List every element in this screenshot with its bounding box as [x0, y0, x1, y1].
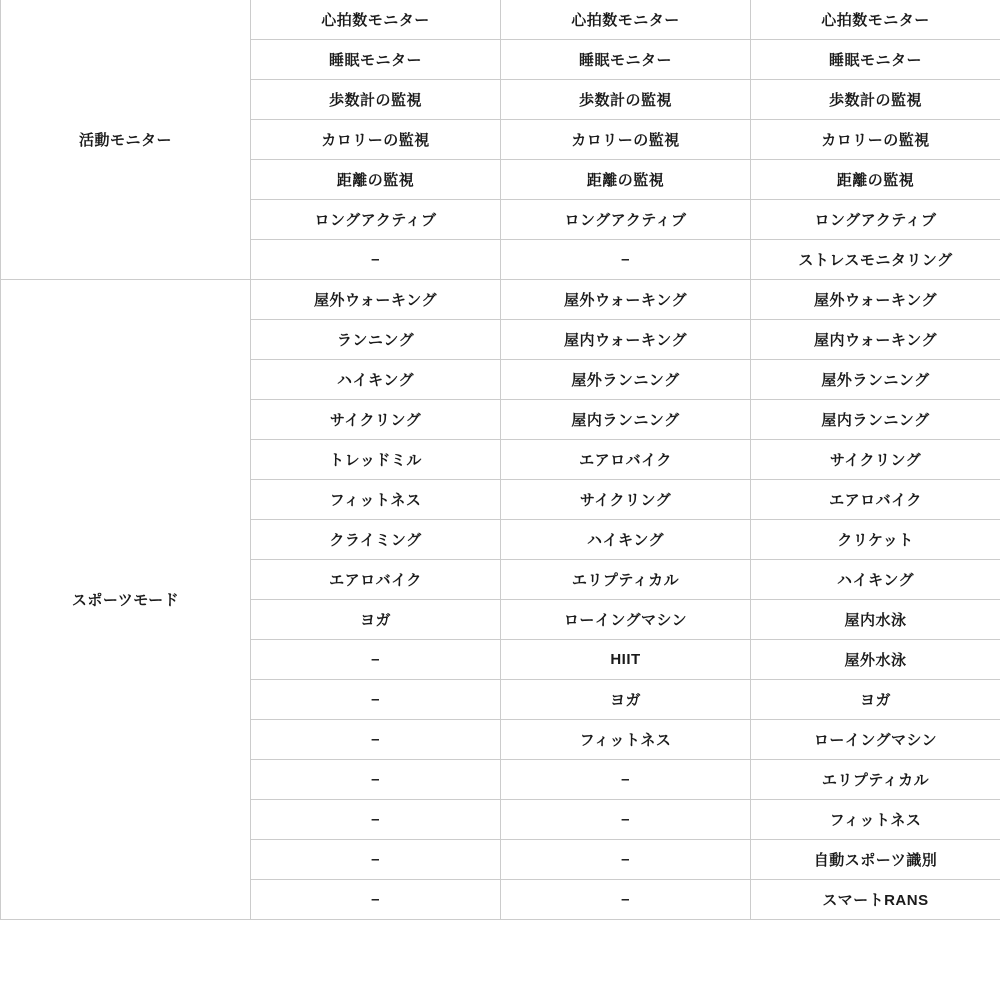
feature-cell: フィットネス [751, 800, 1000, 840]
feature-cell: 歩数計の監視 [501, 80, 751, 120]
feature-cell: – [501, 800, 751, 840]
feature-cell: – [501, 840, 751, 880]
feature-cell: 屋内ランニング [501, 400, 751, 440]
feature-cell: ロングアクティブ [501, 200, 751, 240]
feature-cell: 屋内ウォーキング [751, 320, 1000, 360]
feature-cell: 睡眠モニター [751, 40, 1000, 80]
feature-cell: クリケット [751, 520, 1000, 560]
feature-cell: 距離の監視 [501, 160, 751, 200]
feature-cell: 屋外ウォーキング [251, 280, 501, 320]
feature-cell: 屋内ランニング [751, 400, 1000, 440]
feature-cell: – [251, 240, 501, 280]
feature-cell: 心拍数モニター [751, 0, 1000, 40]
feature-cell: カロリーの監視 [501, 120, 751, 160]
section-label: 活動モニター [1, 0, 251, 280]
feature-cell: ヨガ [251, 600, 501, 640]
feature-cell: – [501, 880, 751, 920]
feature-cell: 屋内水泳 [751, 600, 1000, 640]
feature-cell: サイクリング [751, 440, 1000, 480]
feature-cell: サイクリング [251, 400, 501, 440]
feature-cell: ヨガ [751, 680, 1000, 720]
feature-cell: – [251, 720, 501, 760]
feature-cell: エリプティカル [501, 560, 751, 600]
feature-cell: 心拍数モニター [251, 0, 501, 40]
feature-cell: ロングアクティブ [751, 200, 1000, 240]
feature-cell: – [251, 640, 501, 680]
feature-cell: 距離の監視 [751, 160, 1000, 200]
comparison-table-body: 活動モニター心拍数モニター心拍数モニター心拍数モニター睡眠モニター睡眠モニター睡… [1, 0, 1000, 920]
feature-cell: 歩数計の監視 [751, 80, 1000, 120]
feature-cell: 屋外水泳 [751, 640, 1000, 680]
feature-cell: 睡眠モニター [251, 40, 501, 80]
feature-cell: 睡眠モニター [501, 40, 751, 80]
comparison-page: 活動モニター心拍数モニター心拍数モニター心拍数モニター睡眠モニター睡眠モニター睡… [0, 0, 1000, 1000]
feature-cell: 心拍数モニター [501, 0, 751, 40]
feature-cell: 屋外ランニング [751, 360, 1000, 400]
feature-cell: エリプティカル [751, 760, 1000, 800]
feature-cell: クライミング [251, 520, 501, 560]
feature-cell: – [251, 800, 501, 840]
comparison-table: 活動モニター心拍数モニター心拍数モニター心拍数モニター睡眠モニター睡眠モニター睡… [0, 0, 1000, 920]
feature-cell: ローイングマシン [751, 720, 1000, 760]
feature-cell: 屋外ウォーキング [501, 280, 751, 320]
feature-cell: – [251, 760, 501, 800]
table-row: 活動モニター心拍数モニター心拍数モニター心拍数モニター [1, 0, 1000, 40]
feature-cell: – [501, 760, 751, 800]
feature-cell: フィットネス [501, 720, 751, 760]
feature-cell: 距離の監視 [251, 160, 501, 200]
feature-cell: – [251, 840, 501, 880]
table-row: スポーツモード屋外ウォーキング屋外ウォーキング屋外ウォーキング [1, 280, 1000, 320]
feature-cell: – [501, 240, 751, 280]
feature-cell: ストレスモニタリング [751, 240, 1000, 280]
feature-cell: 歩数計の監視 [251, 80, 501, 120]
feature-cell: カロリーの監視 [251, 120, 501, 160]
feature-cell: フィットネス [251, 480, 501, 520]
feature-cell: HIIT [501, 640, 751, 680]
feature-cell: サイクリング [501, 480, 751, 520]
feature-cell: 屋外ランニング [501, 360, 751, 400]
feature-cell: トレッドミル [251, 440, 501, 480]
feature-cell: ハイキング [501, 520, 751, 560]
feature-cell: 屋外ウォーキング [751, 280, 1000, 320]
feature-cell: ヨガ [501, 680, 751, 720]
feature-cell: ハイキング [751, 560, 1000, 600]
feature-cell: ランニング [251, 320, 501, 360]
feature-cell: – [251, 880, 501, 920]
feature-cell: ロングアクティブ [251, 200, 501, 240]
feature-cell: エアロバイク [501, 440, 751, 480]
feature-cell: – [251, 680, 501, 720]
feature-cell: スマートRANS [751, 880, 1000, 920]
feature-cell: 自動スポーツ識別 [751, 840, 1000, 880]
feature-cell: エアロバイク [251, 560, 501, 600]
feature-cell: ローイングマシン [501, 600, 751, 640]
feature-cell: カロリーの監視 [751, 120, 1000, 160]
feature-cell: ハイキング [251, 360, 501, 400]
feature-cell: 屋内ウォーキング [501, 320, 751, 360]
section-label: スポーツモード [1, 280, 251, 920]
feature-cell: エアロバイク [751, 480, 1000, 520]
